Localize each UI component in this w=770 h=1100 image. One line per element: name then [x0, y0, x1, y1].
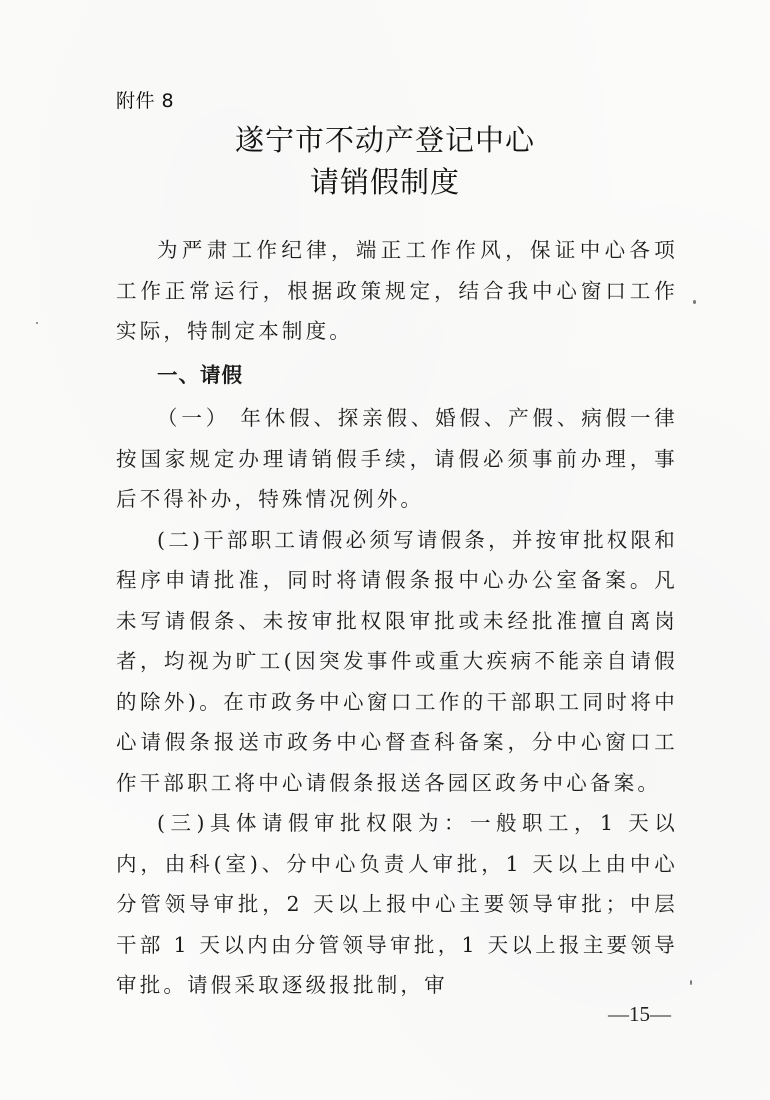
- intro-paragraph: 为严肃工作纪律，端正工作作风，保证中心各项工作正常运行，根据政策规定，结合我中心…: [116, 230, 678, 352]
- document-body: 为严肃工作纪律，端正工作作风，保证中心各项工作正常运行，根据政策规定，结合我中心…: [116, 230, 678, 1006]
- document-title-line-2: 请销假制度: [0, 160, 770, 201]
- document-page: 附件 8 遂宁市不动产登记中心 请销假制度 为严肃工作纪律，端正工作作风，保证中…: [0, 0, 770, 1100]
- scan-speck: [690, 980, 692, 985]
- document-title-line-1: 遂宁市不动产登记中心: [0, 118, 770, 159]
- clause-3-paragraph: (三)具体请假审批权限为：一般职工，1 天以内，由科(室)、分中心负责人审批，1…: [116, 803, 678, 1006]
- attachment-label: 附件 8: [116, 86, 174, 113]
- page-number: —15—: [608, 1002, 671, 1027]
- scan-speck: [36, 322, 38, 324]
- scan-speck: [693, 300, 696, 304]
- section-heading-leave: 一、请假: [116, 355, 678, 396]
- clause-1-paragraph: （一） 年休假、探亲假、婚假、产假、病假一律按国家规定办理请销假手续，请假必须事…: [116, 398, 678, 520]
- clause-2-paragraph: (二)干部职工请假必须写请假条，并按审批权限和程序申请批准，同时将请假条报中心办…: [116, 520, 678, 804]
